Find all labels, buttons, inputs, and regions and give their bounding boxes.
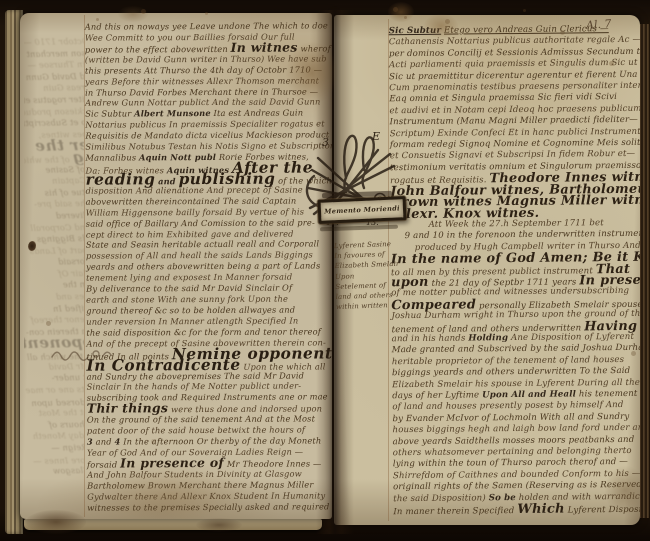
manuscript-line: Elizabeth Smelair	[334, 259, 394, 271]
fore-edge-right	[640, 24, 649, 518]
manuscript-line: yeards and others abovewritten being a p…	[86, 261, 332, 273]
right-page-text: Sic Subtur Etego vero Andreas Guin Cleri…	[389, 24, 640, 517]
folio-number: Al. 7	[586, 17, 612, 32]
scribble-mark: 3	[322, 136, 329, 149]
inked-label-banner: Memento Moriendi	[318, 196, 407, 224]
scribble-mark: E	[371, 130, 380, 143]
manuscript-line: this presents Att Thurso the 4th day of …	[24, 35, 84, 49]
manuscript-line: witnesses to the premises Specially aske…	[87, 501, 332, 513]
manuscript-photo: this presents Att Thurso the 4th day of …	[0, 0, 650, 541]
showthrough-text: this presents Att Thurso the 4th day of …	[24, 35, 84, 507]
underlying-page-edge	[24, 519, 322, 530]
manuscript-line: within written	[336, 300, 396, 312]
margin-note: Lyferent SasineIn favoures ofElizabeth S…	[334, 239, 396, 312]
pen-squiggle-mark	[50, 348, 116, 364]
manuscript-line: In maner therein Specified Which Lyferen…	[393, 503, 640, 517]
banner-label: Memento Moriendi	[324, 204, 400, 215]
left-page: this presents Att Thurso the 4th day of …	[20, 13, 332, 519]
left-page-text: And this on noways yee Leave undone The …	[85, 20, 332, 513]
foxing-spots	[0, 0, 3, 3]
manuscript-line: said office of Baillary And Comission to…	[86, 217, 332, 229]
